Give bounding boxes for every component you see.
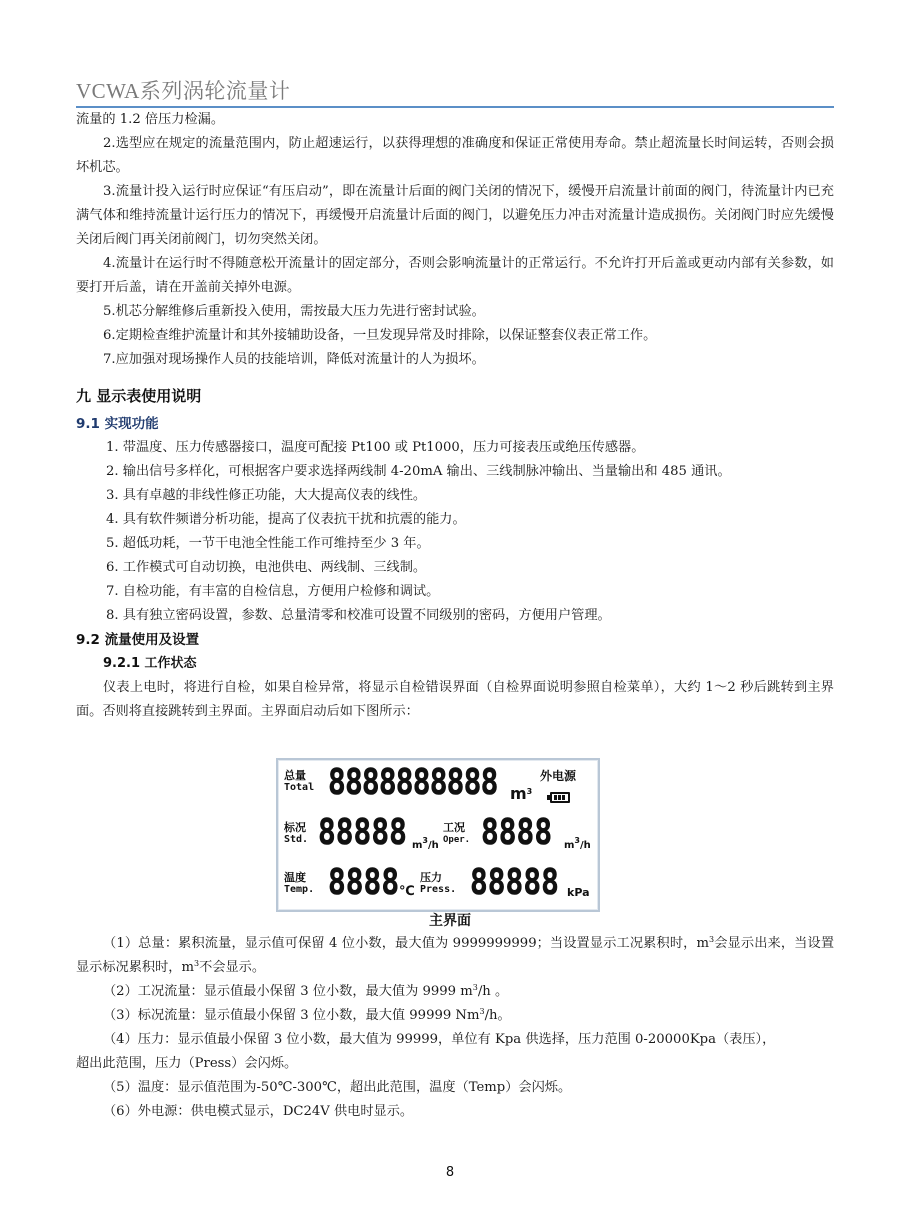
total-digits: 8888888888	[328, 762, 498, 803]
note-1: （1）总量：累积流量，显示值可保留 4 位小数，最大值为 9999999999；…	[76, 932, 834, 980]
paragraph: 5.机芯分解维修后重新投入使用，需按最大压力先进行密封试验。	[76, 300, 834, 324]
press-label: 压力 Press.	[420, 872, 456, 896]
temp-label-cn: 温度	[284, 872, 314, 884]
temp-digits: 8888	[328, 862, 399, 903]
list-item: 6. 工作模式可自动切换，电池供电、两线制、三线制。	[76, 556, 834, 580]
note-5: （5）温度：显示值范围为-50℃-300℃，超出此范围，温度（Temp）会闪烁。	[76, 1076, 834, 1100]
temp-unit: ℃	[399, 884, 415, 899]
temp-label-en: Temp.	[284, 884, 314, 896]
battery-icon	[550, 792, 570, 803]
paragraph: 仪表上电时，将进行自检，如果自检异常，将显示自检错误界面（自检界面说明参照自检菜…	[76, 676, 834, 724]
std-unit: m3/h	[412, 840, 439, 851]
note-3: （3）标况流量：显示值最小保留 3 位小数，最大值 99999 Nm3/h。	[76, 1004, 834, 1028]
total-label-cn: 总量	[284, 770, 314, 782]
oper-unit: m3/h	[564, 840, 591, 851]
oper-digits: 8888	[481, 812, 552, 853]
std-digits: 88888	[318, 812, 407, 853]
paragraph: 3.流量计投入运行时应保证“有压启动”，即在流量计后面的阀门关闭的情况下，缓慢开…	[76, 180, 834, 252]
press-digits: 88888	[470, 862, 559, 903]
paragraph: 流量的 1.2 倍压力检漏。	[76, 108, 834, 132]
press-label-cn: 压力	[420, 872, 456, 884]
paragraph: 6.定期检查维护流量计和其外接辅助设备，一旦发现异常及时排除，以保证整套仪表正常…	[76, 324, 834, 348]
temp-label: 温度 Temp.	[284, 872, 314, 896]
note-6: （6）外电源：供电模式显示，DC24V 供电时显示。	[76, 1100, 834, 1124]
std-label-en: Std.	[284, 834, 308, 846]
total-unit: m3	[510, 784, 532, 803]
notes-section: （1）总量：累积流量，显示值可保留 4 位小数，最大值为 9999999999；…	[76, 932, 834, 1124]
figure-caption: 主界面	[0, 910, 900, 930]
press-label-en: Press.	[420, 884, 456, 896]
page-content: 流量的 1.2 倍压力检漏。 2.选型应在规定的流量范围内，防止超速运行，以获得…	[76, 108, 834, 724]
subsection-heading: 9.2 流量使用及设置	[76, 628, 834, 652]
section-heading: 九 显示表使用说明	[76, 384, 834, 408]
page-number: 8	[0, 1165, 900, 1180]
oper-label: 工况 Oper.	[443, 822, 470, 846]
note-2: （2）工况流量：显示值最小保留 3 位小数，最大值为 9999 m3/h 。	[76, 980, 834, 1004]
list-item: 7. 自检功能，有丰富的自检信息，方便用户检修和调试。	[76, 580, 834, 604]
press-unit: kPa	[567, 886, 590, 899]
list-item: 1. 带温度、压力传感器接口，温度可配接 Pt100 或 Pt1000，压力可接…	[76, 436, 834, 460]
std-label: 标况 Std.	[284, 822, 308, 846]
sub-subsection-heading: 9.2.1 工作状态	[76, 652, 834, 676]
note-4-cont: 超出此范围，压力（Press）会闪烁。	[76, 1052, 834, 1076]
oper-label-cn: 工况	[443, 822, 470, 834]
list-item: 5. 超低功耗，一节干电池全性能工作可维持至少 3 年。	[76, 532, 834, 556]
list-item: 8. 具有独立密码设置，参数、总量清零和校准可设置不同级别的密码，方便用户管理。	[76, 604, 834, 628]
subsection-heading: 9.1 实现功能	[76, 412, 834, 436]
note-4: （4）压力：显示值最小保留 3 位小数，最大值为 99999，单位有 Kpa 供…	[76, 1028, 834, 1052]
paragraph: 7.应加强对现场操作人员的技能培训，降低对流量计的人为损坏。	[76, 348, 834, 372]
paragraph: 2.选型应在规定的流量范围内，防止超速运行，以获得理想的准确度和保证正常使用寿命…	[76, 132, 834, 180]
list-item: 2. 输出信号多样化，可根据客户要求选择两线制 4-20mA 输出、三线制脉冲输…	[76, 460, 834, 484]
external-power-label: 外电源	[540, 770, 576, 782]
total-label: 总量 Total	[284, 770, 314, 794]
header-title: VCWA系列涡轮流量计	[76, 78, 834, 104]
lcd-main-screen-figure: 总量 Total 8888888888 m3 外电源 标况 Std. 88888…	[276, 758, 600, 912]
paragraph: 4.流量计在运行时不得随意松开流量计的固定部分，否则会影响流量计的正常运行。不允…	[76, 252, 834, 300]
total-label-en: Total	[284, 782, 314, 794]
page-header: VCWA系列涡轮流量计	[76, 78, 834, 108]
oper-label-en: Oper.	[443, 834, 470, 846]
list-item: 3. 具有卓越的非线性修正功能，大大提高仪表的线性。	[76, 484, 834, 508]
std-label-cn: 标况	[284, 822, 308, 834]
list-item: 4. 具有软件频谱分析功能，提高了仪表抗干扰和抗震的能力。	[76, 508, 834, 532]
